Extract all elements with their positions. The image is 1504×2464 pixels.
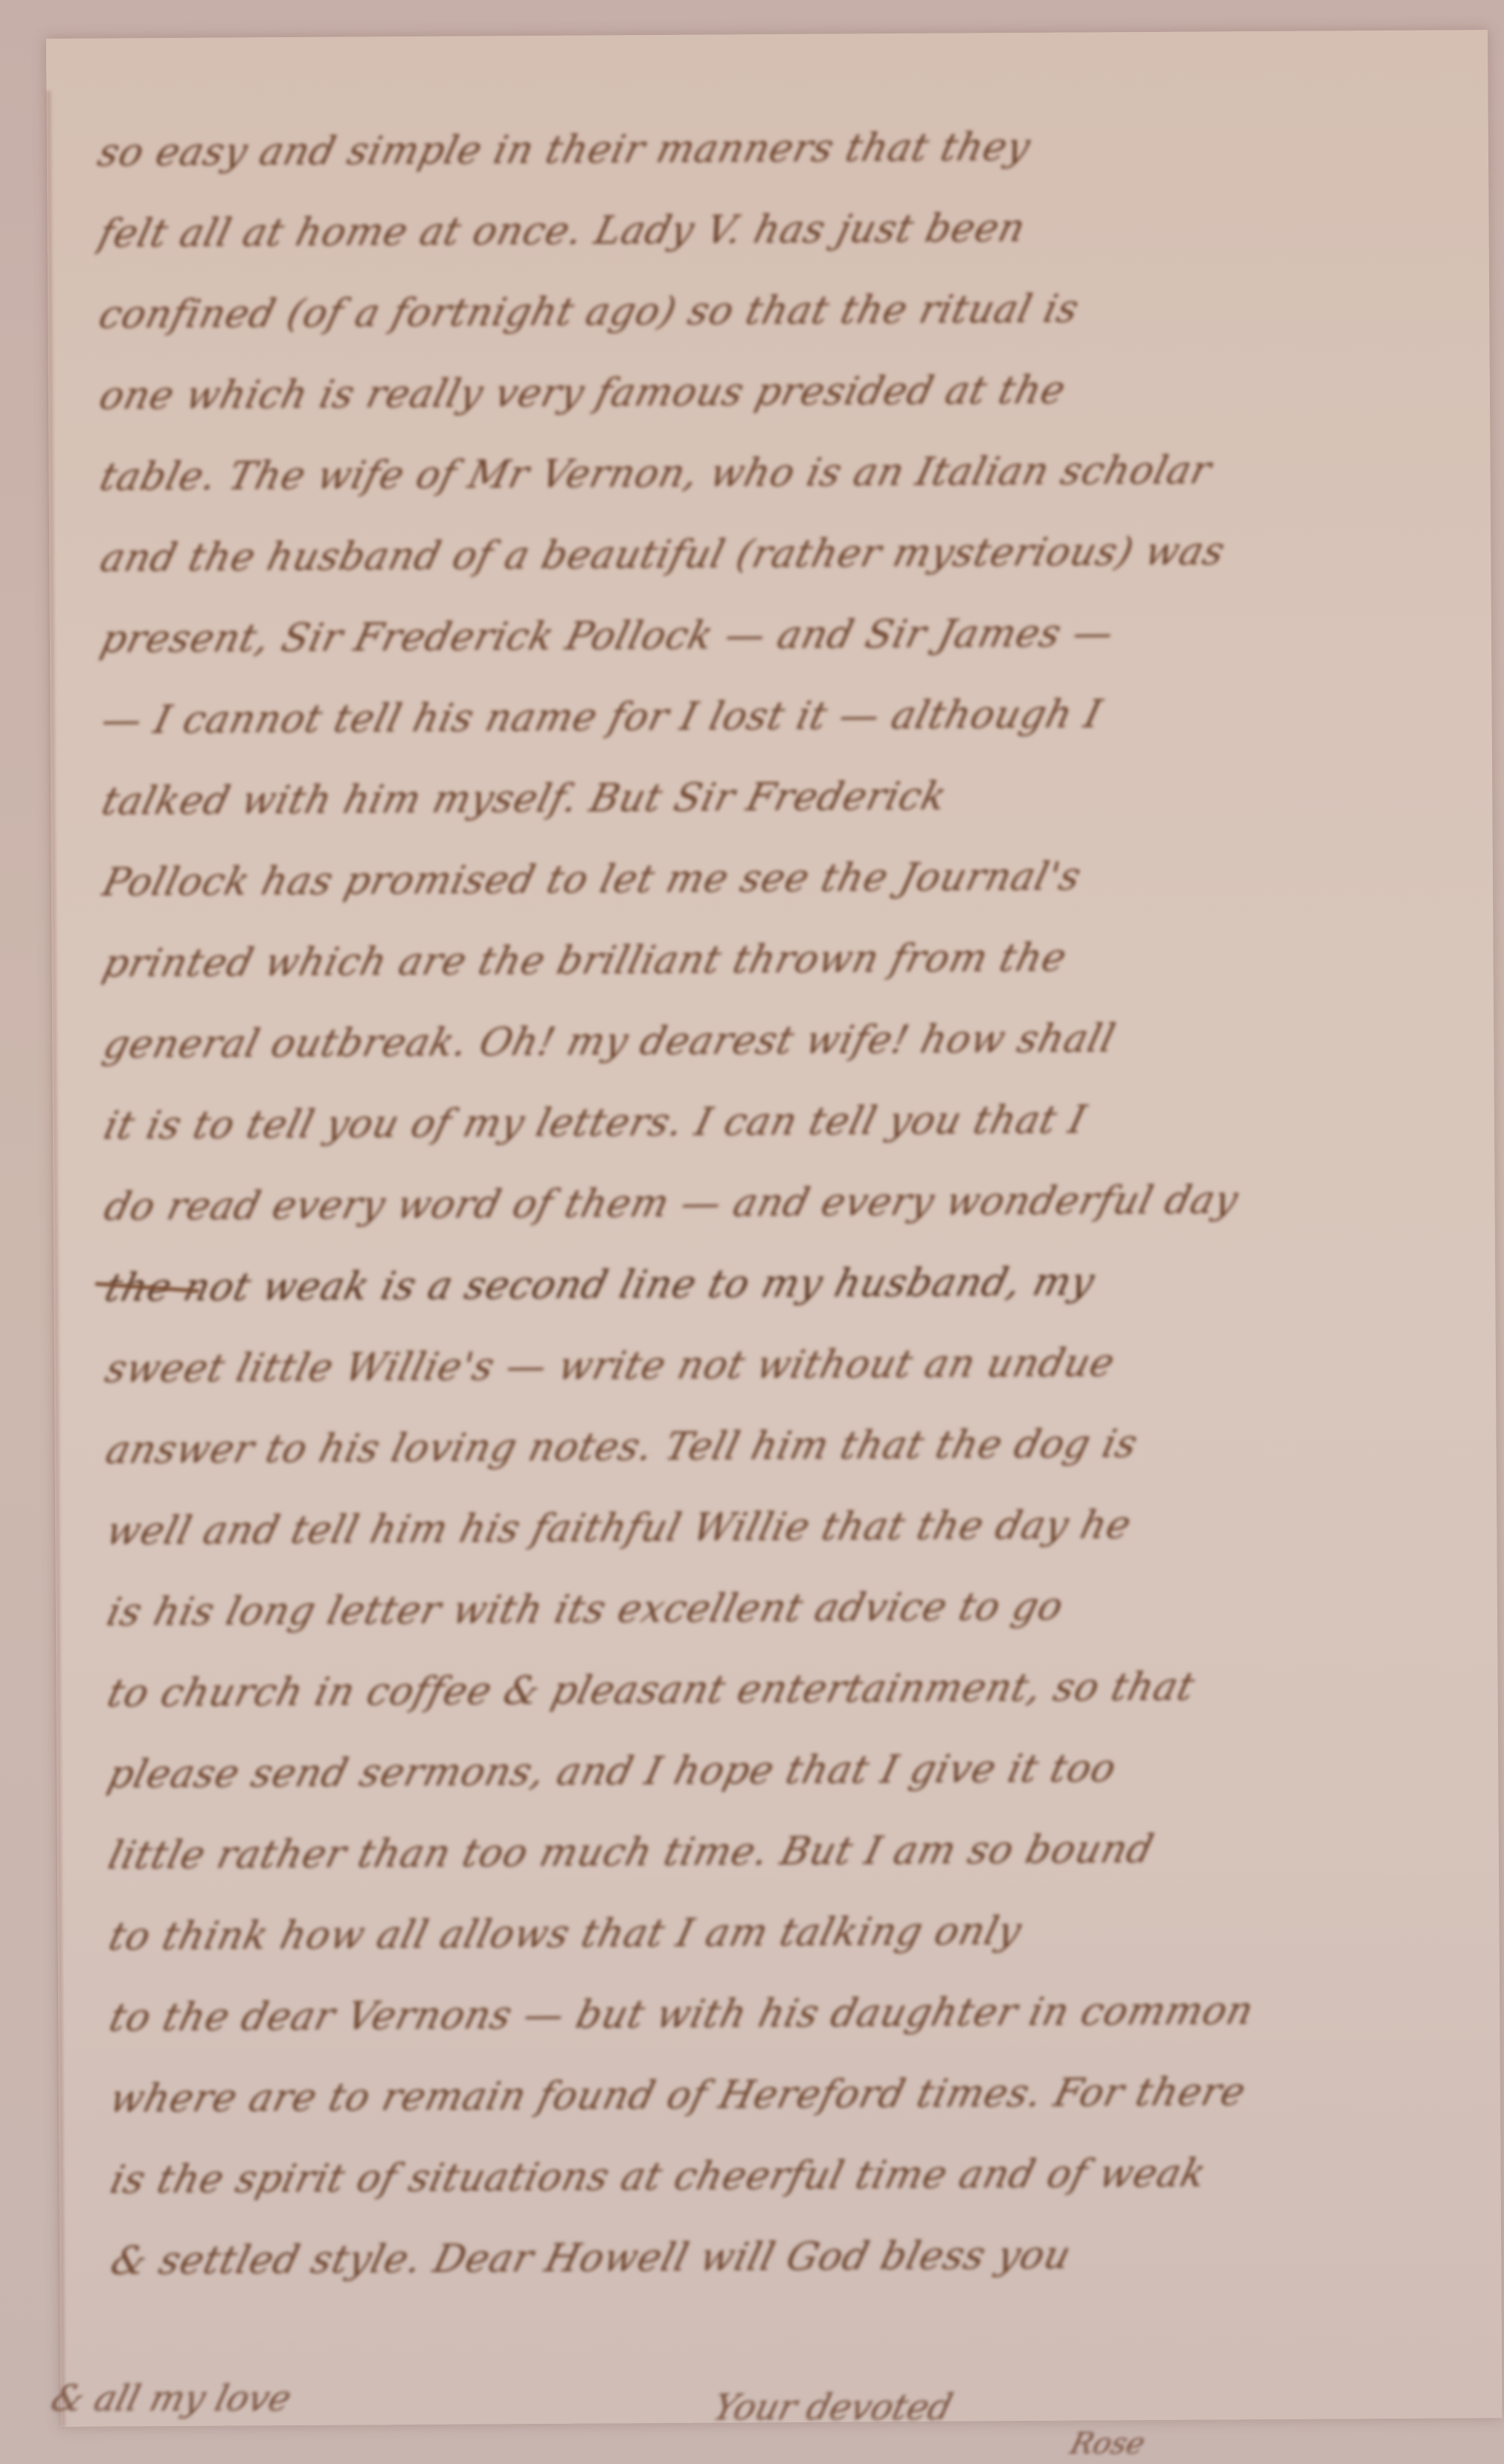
letter-line: to think how all allows that I am talkin… (100, 1888, 1471, 1977)
letter-line: the not weak is a second line to my husb… (96, 1239, 1468, 1329)
letter-line: sweet little Willie's — write not withou… (97, 1321, 1468, 1410)
letter-line: confined (of a fortnight ago) so that th… (90, 266, 1462, 356)
letter-line: general outbreak. Oh! my dearest wife! h… (94, 996, 1466, 1085)
letter-line: Pollock has promised to let me see the J… (94, 834, 1465, 923)
letter-line: present, Sir Frederick Pollock — and Sir… (92, 591, 1464, 680)
letter-line: one which is really very famous presided… (91, 347, 1462, 437)
letter-line: well and tell him his faithful Willie th… (97, 1483, 1469, 1572)
letter-line: is his long letter with its excellent ad… (98, 1564, 1470, 1653)
postscript: & all my love (47, 2378, 295, 2419)
letter-line: little rather than too much time. But I … (100, 1807, 1471, 1896)
letter-line: to church in coffee & pleasant entertain… (98, 1645, 1470, 1734)
valediction: Your devoted (709, 2387, 957, 2428)
letter-line: to the dear Vernons — but with his daugh… (100, 1969, 1472, 2059)
letter-line: table. The wife of Mr Vernon, who is an … (91, 429, 1462, 518)
letter-line: answer to his loving notes. Tell him tha… (97, 1402, 1468, 1491)
letter-line: so easy and simple in their manners that… (89, 104, 1461, 193)
letter-line: it is to tell you of my letters. I can t… (95, 1077, 1467, 1167)
letter-line: talked with him myself. But Sir Frederic… (93, 753, 1465, 842)
letter-line: do read every word of them — and every w… (95, 1158, 1467, 1248)
letter-line: please send sermons, and I hope that I g… (99, 1726, 1471, 1815)
letter-body: so easy and simple in their manners that… (99, 104, 1465, 2302)
signature: Rose (1067, 2427, 1148, 2461)
letter-page: so easy and simple in their manners that… (46, 30, 1503, 2427)
letter-line: where are to remain found of Hereford ti… (101, 2050, 1473, 2140)
letter-line: & settled style. Dear Howell will God bl… (102, 2213, 1474, 2302)
letter-line: is the spirit of situations at cheerful … (101, 2131, 1473, 2221)
letter-line: — I cannot tell his name for I lost it —… (92, 672, 1464, 761)
letter-line: felt all at home at once. Lady V. has ju… (89, 185, 1461, 275)
letter-line: printed which are the brilliant thrown f… (94, 915, 1465, 1004)
letter-line: and the husband of a beautiful (rather m… (91, 510, 1463, 599)
